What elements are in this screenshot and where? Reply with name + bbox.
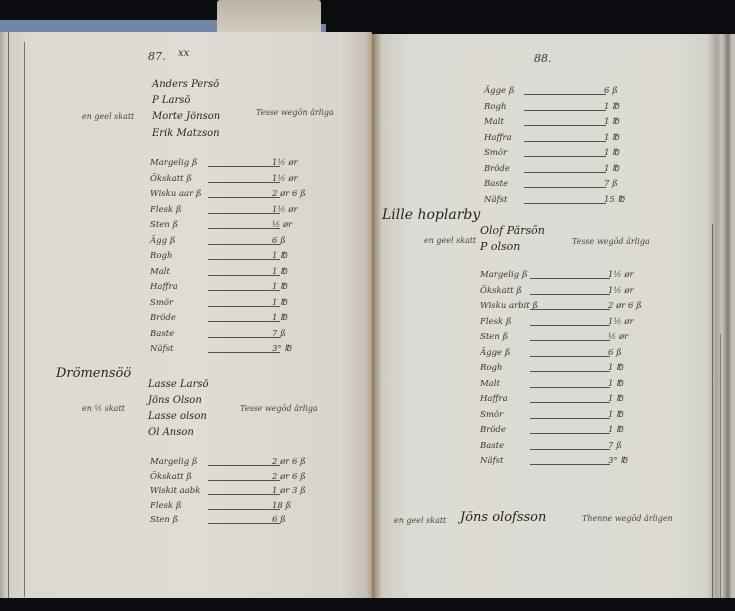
page-number: 88. — [534, 52, 552, 65]
leader-line — [524, 110, 606, 111]
leader-line — [524, 203, 606, 204]
item-quantity: 1 ℔ — [272, 313, 287, 323]
person-name: Olof Pärsōn — [480, 224, 545, 237]
leader-line — [524, 172, 606, 173]
ledger-row: Malt1 ℔ — [484, 117, 684, 131]
item-quantity: 1 ℔ — [608, 394, 623, 404]
ledger-row: Wisku arbit ß2 ør 6 ß — [480, 301, 680, 315]
person-name: Jöns olofsson — [460, 510, 546, 525]
leader-line — [530, 371, 610, 372]
item-name: Flesk ß — [150, 501, 182, 511]
item-quantity: 2 ør 6 ß — [272, 472, 306, 482]
leader-line — [208, 494, 280, 495]
item-name: Haffra — [150, 282, 178, 292]
item-name: Rogh — [484, 102, 506, 112]
ledger-row: Bröde1 ℔ — [150, 313, 350, 327]
right-page: 88. Ägge ß6 ßRogh1 ℔Malt1 ℔Haffra1 ℔Smör… — [372, 34, 735, 604]
tax-note: en geel skatt — [424, 236, 476, 245]
ledger-row: Bröde1 ℔ — [484, 164, 684, 178]
ledger-row: Ökskatt ß2 ør 6 ß — [150, 472, 350, 486]
item-name: Margelig ß — [150, 457, 198, 467]
item-quantity: 1 ℔ — [604, 102, 619, 112]
item-quantity: ½ ør — [272, 220, 292, 230]
item-quantity: 7 ß — [608, 441, 622, 451]
ledger-row: Margelig ß1½ ør — [480, 270, 680, 284]
leader-line — [208, 523, 280, 524]
item-quantity: 2 ør 6 ß — [608, 301, 642, 311]
item-name: Ägge ß — [480, 348, 510, 358]
item-name: Baste — [150, 329, 174, 339]
person-name: Anders Persō — [152, 79, 219, 90]
leader-line — [524, 125, 606, 126]
ledger-row: Rogh1 ℔ — [150, 251, 350, 265]
item-name: Baste — [484, 179, 508, 189]
item-name: Sten ß — [480, 332, 508, 342]
remark-note: Tesse wegōd ärliga — [240, 404, 318, 413]
item-quantity: 1½ ør — [608, 286, 634, 296]
leader-line — [530, 402, 610, 403]
leader-line — [530, 278, 610, 279]
person-name: Jöns Olson — [148, 395, 202, 406]
leader-line — [208, 259, 280, 260]
leader-line — [208, 228, 280, 229]
ledger-row: Rogh1 ℔ — [484, 102, 684, 116]
leader-line — [208, 509, 280, 510]
left-page: 87. xx Anders Persō P Larsō Morte Jönson… — [0, 32, 372, 602]
ledger-row: Malt1 ℔ — [480, 379, 680, 393]
item-name: Ökskatt ß — [480, 286, 522, 296]
ledger-row: Margelig ß1½ ør — [150, 158, 350, 172]
item-quantity: 6 ß — [604, 86, 618, 96]
ledger-row: Ägge ß6 ß — [480, 348, 680, 362]
ledger-row: Haffra1 ℔ — [480, 394, 680, 408]
leader-line — [208, 166, 280, 167]
ledger-row: Sten ß6 ß — [150, 515, 350, 529]
item-quantity: 2 ør 6 ß — [272, 457, 306, 467]
leader-line — [208, 465, 280, 466]
ledger-row: Flesk ß1½ ør — [480, 317, 680, 331]
item-name: Haffra — [480, 394, 508, 404]
person-name: P Larsō — [152, 95, 190, 106]
item-name: Flesk ß — [150, 205, 182, 215]
ledger-row: Rogh1 ℔ — [480, 363, 680, 377]
item-name: Ökskatt ß — [150, 174, 192, 184]
item-name: Malt — [480, 379, 500, 389]
item-quantity: 1 ør 3 ß — [272, 486, 306, 496]
ledger-row: Näfst15 ℔ — [484, 195, 684, 209]
leader-line — [208, 352, 280, 353]
item-quantity: 1 ℔ — [608, 425, 623, 435]
item-quantity: 1½ ør — [272, 205, 298, 215]
item-name: Haffra — [484, 133, 512, 143]
person-name: P olson — [480, 240, 520, 253]
item-quantity: 6 ß — [272, 236, 286, 246]
item-quantity: 3° ℔ — [608, 456, 627, 466]
item-name: Margelig ß — [480, 270, 528, 280]
leader-line — [530, 294, 610, 295]
item-quantity: 1 ℔ — [604, 117, 619, 127]
ledger-row: Smör1 ℔ — [484, 148, 684, 162]
leader-line — [524, 94, 606, 95]
item-quantity: 2 ør 6 ß — [272, 189, 306, 199]
remark-note: Tesse wegōn ärliga — [256, 108, 334, 117]
leader-line — [530, 309, 610, 310]
bookmark-tab — [217, 0, 321, 34]
ledger-row: Wisku aar ß2 ør 6 ß — [150, 189, 350, 203]
ledger-row: Flesk ß18 ß — [150, 501, 350, 515]
leader-line — [524, 156, 606, 157]
item-quantity: 1 ℔ — [272, 282, 287, 292]
ledger-row: Näfst3° ℔ — [480, 456, 680, 470]
item-name: Rogh — [150, 251, 172, 261]
page-mark: xx — [178, 48, 189, 59]
ledger-row: Baste7 ß — [480, 441, 680, 455]
item-quantity: 1 ℔ — [272, 298, 287, 308]
section-heading: Lille hoplarby — [382, 207, 480, 223]
leader-line — [530, 387, 610, 388]
ledger-row: Haffra1 ℔ — [484, 133, 684, 147]
item-quantity: 3° ℔ — [272, 344, 291, 354]
ledger-row: Wiskit aabk1 ør 3 ß — [150, 486, 350, 500]
item-quantity: 1 ℔ — [272, 267, 287, 277]
item-quantity: 15 ℔ — [604, 195, 624, 205]
item-name: Näfst — [150, 344, 173, 354]
item-quantity: 1 ℔ — [604, 164, 619, 174]
item-name: Wiskit aabk — [150, 486, 200, 496]
leader-line — [208, 213, 280, 214]
item-quantity: 1 ℔ — [608, 363, 623, 373]
item-name: Baste — [480, 441, 504, 451]
item-name: Malt — [150, 267, 170, 277]
remark-note: Tesse wegōd ärliga — [572, 237, 650, 246]
person-name: Lasse Larsō — [148, 379, 209, 390]
item-quantity: 1 ℔ — [608, 379, 623, 389]
ledger-row: Smör1 ℔ — [480, 410, 680, 424]
item-quantity: 1½ ør — [608, 270, 634, 280]
item-quantity: 6 ß — [608, 348, 622, 358]
leader-line — [208, 290, 280, 291]
item-name: Sten ß — [150, 515, 178, 525]
person-name: Ol Anson — [148, 427, 194, 438]
tax-note: en ½ skatt — [82, 404, 125, 413]
leader-line — [530, 449, 610, 450]
item-name: Wisku aar ß — [150, 189, 202, 199]
background-shadow — [0, 598, 735, 611]
ledger-row: Ägg ß6 ß — [150, 236, 350, 250]
item-name: Bröde — [150, 313, 176, 323]
item-quantity: 1 ℔ — [604, 133, 619, 143]
ledger-row: Näfst3° ℔ — [150, 344, 350, 358]
item-name: Ökskatt ß — [150, 472, 192, 482]
ledger-row: Ökskatt ß1½ ør — [480, 286, 680, 300]
item-quantity: 1 ℔ — [604, 148, 619, 158]
item-name: Rogh — [480, 363, 502, 373]
section-heading: Drömensöö — [56, 366, 131, 381]
remark-note: Thenne wegōd ärligen — [582, 514, 673, 523]
item-quantity: 1 ℔ — [608, 410, 623, 420]
item-name: Margelig ß — [150, 158, 198, 168]
person-name: Erik Matzson — [152, 128, 220, 139]
leader-line — [530, 418, 610, 419]
item-name: Smör — [480, 410, 503, 420]
item-name: Ägge ß — [484, 86, 514, 96]
item-quantity: 7 ß — [272, 329, 286, 339]
ledger-row: Ökskatt ß1½ ør — [150, 174, 350, 188]
item-name: Smör — [484, 148, 507, 158]
leader-line — [208, 337, 280, 338]
item-quantity: 1½ ør — [608, 317, 634, 327]
person-name: Morte Jönson — [152, 111, 220, 122]
page-number: 87. — [148, 50, 166, 63]
item-quantity: ½ ør — [608, 332, 628, 342]
leader-line — [208, 306, 280, 307]
leader-line — [524, 141, 606, 142]
ledger-row: Baste7 ß — [150, 329, 350, 343]
item-name: Bröde — [484, 164, 510, 174]
ledger-row: Sten ß½ ør — [150, 220, 350, 234]
person-name: Lasse olson — [148, 411, 207, 422]
item-name: Bröde — [480, 425, 506, 435]
item-quantity: 7 ß — [604, 179, 618, 189]
item-name: Smör — [150, 298, 173, 308]
item-name: Sten ß — [150, 220, 178, 230]
ledger-row: Ägge ß6 ß — [484, 86, 684, 100]
item-name: Malt — [484, 117, 504, 127]
item-quantity: 1½ ør — [272, 174, 298, 184]
ledger-row: Smör1 ℔ — [150, 298, 350, 312]
item-name: Näfst — [480, 456, 503, 466]
ledger-row: Malt1 ℔ — [150, 267, 350, 281]
item-quantity: 18 ß — [272, 501, 291, 511]
leader-line — [530, 433, 610, 434]
leader-line — [208, 182, 280, 183]
leader-line — [530, 464, 610, 465]
ledger-row: Bröde1 ℔ — [480, 425, 680, 439]
leader-line — [208, 197, 280, 198]
item-name: Flesk ß — [480, 317, 512, 327]
item-name: Ägg ß — [150, 236, 175, 246]
ledger-row: Flesk ß1½ ør — [150, 205, 350, 219]
leader-line — [530, 325, 610, 326]
item-quantity: 6 ß — [272, 515, 286, 525]
ledger-row: Baste7 ß — [484, 179, 684, 193]
ledger-row: Margelig ß2 ør 6 ß — [150, 457, 350, 471]
tax-note: en geel skatt — [394, 516, 446, 525]
leader-line — [524, 187, 606, 188]
item-quantity: 1 ℔ — [272, 251, 287, 261]
ledger-row: Sten ß½ ør — [480, 332, 680, 346]
leader-line — [208, 244, 280, 245]
item-name: Näfst — [484, 195, 507, 205]
tax-note: en geel skatt — [82, 112, 134, 121]
leader-line — [208, 275, 280, 276]
leader-line — [208, 480, 280, 481]
leader-line — [530, 356, 610, 357]
ledger-row: Haffra1 ℔ — [150, 282, 350, 296]
leader-line — [530, 340, 610, 341]
leader-line — [208, 321, 280, 322]
item-quantity: 1½ ør — [272, 158, 298, 168]
